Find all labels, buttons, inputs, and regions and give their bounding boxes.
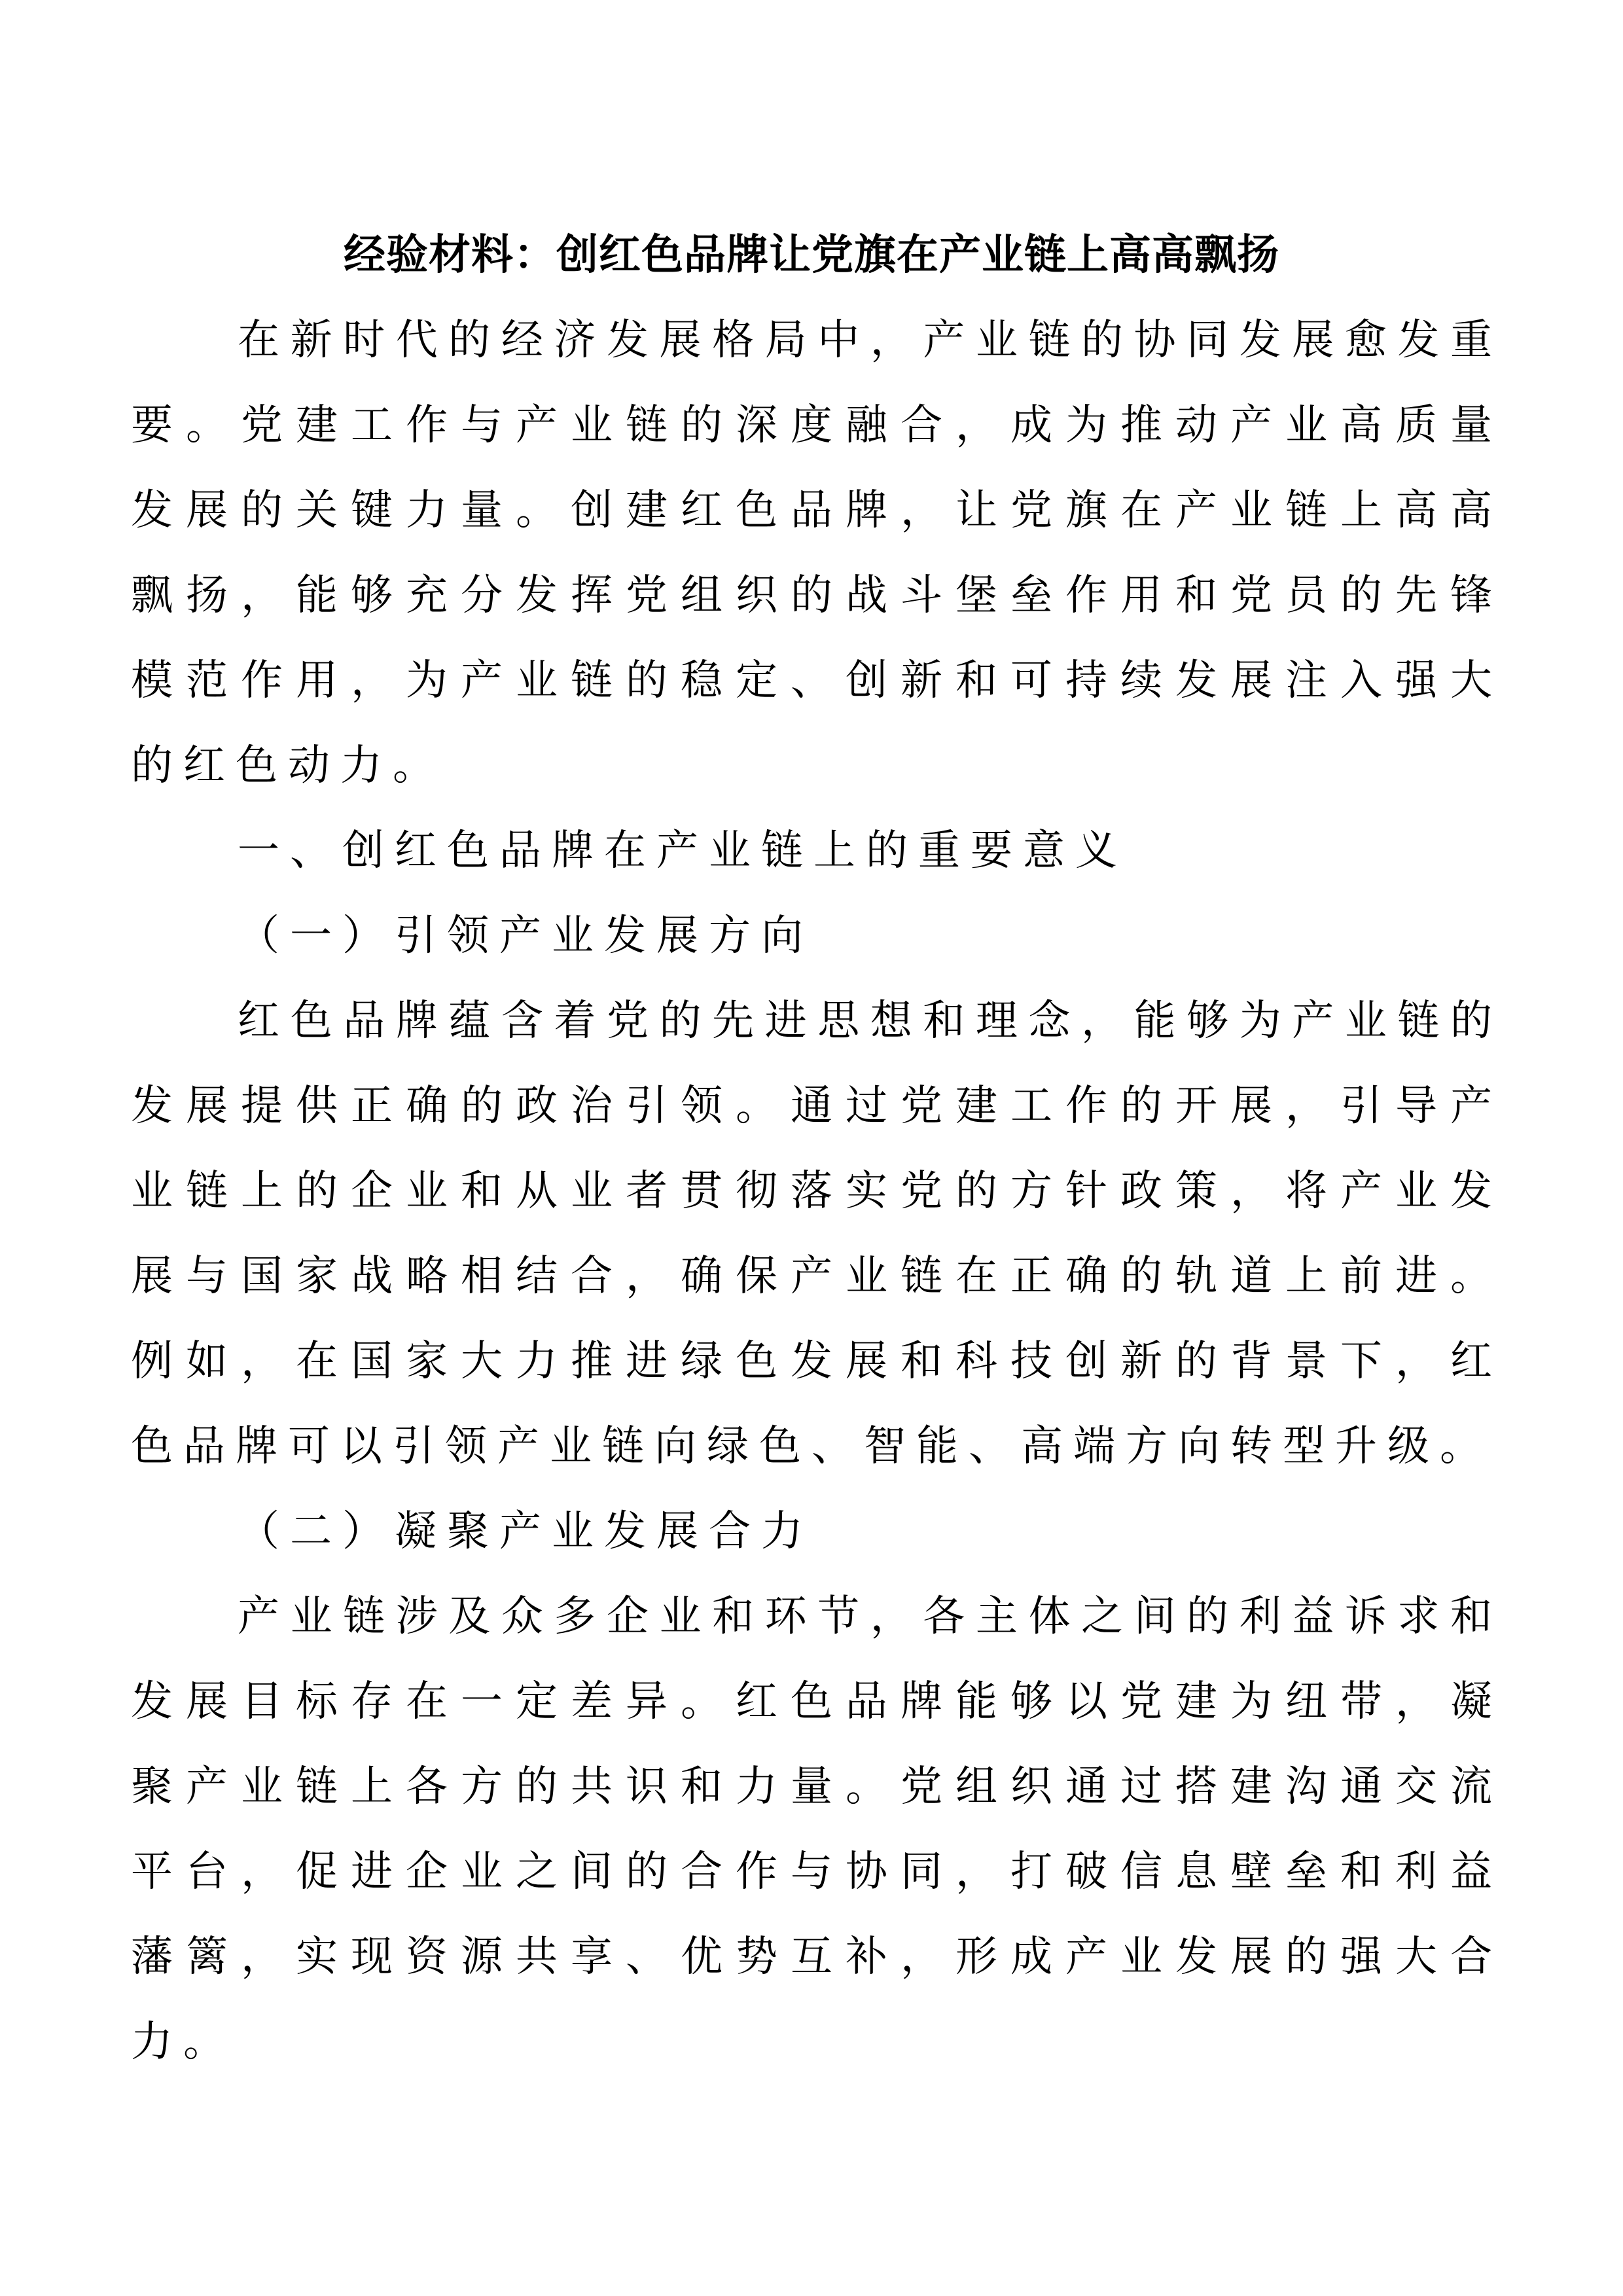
body-line: 平台，促进企业之间的合作与协同，打破信息壁垒和利益 bbox=[131, 1829, 1492, 1914]
body-line: 在新时代的经济发展格局中，产业链的协同发展愈发重 bbox=[131, 298, 1492, 383]
body-line: 产业链涉及众多企业和环节，各主体之间的利益诉求和 bbox=[131, 1574, 1492, 1659]
body-line: 展与国家战略相结合，确保产业链在正确的轨道上前进。 bbox=[131, 1234, 1492, 1319]
sub-heading: （一）引领产业发展方向 bbox=[131, 893, 1492, 978]
body-line: 飘扬，能够充分发挥党组织的战斗堡垒作用和党员的先锋 bbox=[131, 553, 1492, 638]
body-line: 业链上的企业和从业者贯彻落实党的方针政策，将产业发 bbox=[131, 1149, 1492, 1234]
sub-heading: （二）凝聚产业发展合力 bbox=[131, 1489, 1492, 1574]
section-heading: 一、创红色品牌在产业链上的重要意义 bbox=[131, 808, 1492, 893]
document-body: 在新时代的经济发展格局中，产业链的协同发展愈发重要。党建工作与产业链的深度融合，… bbox=[131, 298, 1492, 2085]
body-line: 发展目标存在一定差异。红色品牌能够以党建为纽带，凝 bbox=[131, 1659, 1492, 1744]
body-line: 聚产业链上各方的共识和力量。党组织通过搭建沟通交流 bbox=[131, 1744, 1492, 1829]
body-line: 红色品牌蕴含着党的先进思想和理念，能够为产业链的 bbox=[131, 978, 1492, 1064]
body-line: 模范作用，为产业链的稳定、创新和可持续发展注入强大 bbox=[131, 638, 1492, 723]
body-line: 例如，在国家大力推进绿色发展和科技创新的背景下，红 bbox=[131, 1319, 1492, 1404]
body-line: 要。党建工作与产业链的深度融合，成为推动产业高质量 bbox=[131, 383, 1492, 468]
document-page: 经验材料：创红色品牌让党旗在产业链上高高飘扬 在新时代的经济发展格局中，产业链的… bbox=[0, 0, 1623, 2296]
body-line: 发展提供正确的政治引领。通过党建工作的开展，引导产 bbox=[131, 1064, 1492, 1149]
body-line: 的红色动力。 bbox=[131, 723, 1492, 808]
body-line: 藩篱，实现资源共享、优势互补，形成产业发展的强大合 bbox=[131, 1914, 1492, 2000]
body-line: 色品牌可以引领产业链向绿色、智能、高端方向转型升级。 bbox=[131, 1404, 1492, 1489]
body-line: 发展的关键力量。创建红色品牌，让党旗在产业链上高高 bbox=[131, 468, 1492, 553]
document-title: 经验材料：创红色品牌让党旗在产业链上高高飘扬 bbox=[131, 213, 1492, 298]
body-line: 力。 bbox=[131, 2000, 1492, 2085]
